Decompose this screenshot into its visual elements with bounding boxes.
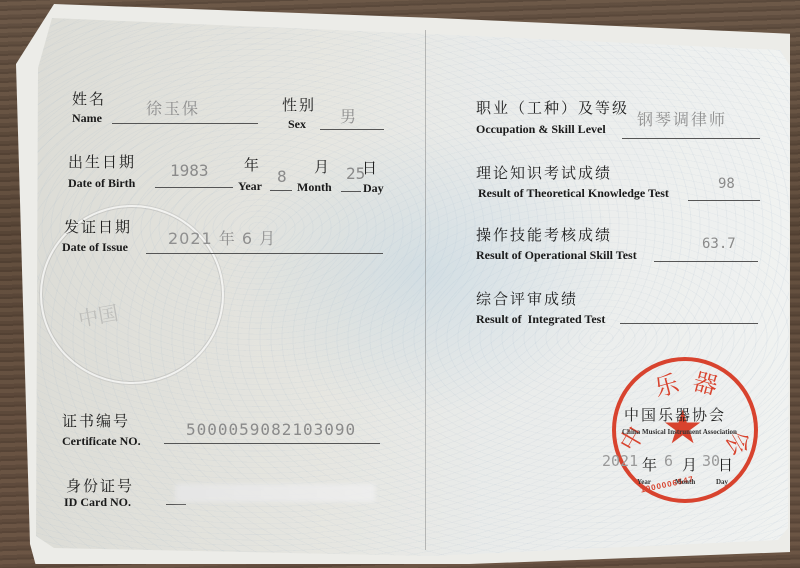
sign-month-en: Month — [675, 478, 695, 486]
sign-month-cn: 月 — [682, 454, 699, 475]
seal-org-cn: 中国乐器协会 — [624, 404, 726, 425]
occupation-value: 钢琴调律师 — [637, 107, 727, 130]
id-card-label-cn: 身份证号 — [66, 475, 134, 496]
sign-day-en: Day — [716, 478, 728, 486]
operation-value: 63.7 — [702, 236, 736, 252]
birth-month-value: 8 — [277, 167, 287, 186]
sex-line — [320, 129, 384, 130]
issue-value: 2021 年 6 月 — [168, 226, 276, 249]
issue-label-cn: 发证日期 — [64, 216, 132, 237]
birth-year-value: 1983 — [170, 161, 209, 180]
birth-day-line — [341, 191, 361, 192]
sign-month-value: 6 — [664, 452, 673, 470]
theory-label-en: Result of Theoretical Knowledge Test — [478, 186, 669, 201]
birth-year-cn: 年 — [244, 154, 261, 175]
issue-label-en: Date of Issue — [62, 240, 128, 255]
certificate-value: 5000059082103090 — [186, 420, 356, 439]
birth-month-cn: 月 — [314, 156, 331, 177]
sign-year-value: 2021 — [602, 452, 638, 470]
birth-day-cn: 日 — [362, 157, 379, 178]
name-line — [112, 123, 258, 124]
issue-line — [146, 253, 383, 254]
theory-value: 98 — [718, 176, 735, 192]
operation-label-en: Result of Operational Skill Test — [476, 248, 637, 263]
integrated-line — [620, 323, 758, 324]
operation-label-cn: 操作技能考核成绩 — [476, 224, 612, 245]
id-card-line — [166, 504, 186, 505]
occupation-line — [622, 138, 760, 139]
name-value: 徐玉保 — [146, 96, 200, 119]
birth-day-en: Day — [363, 181, 384, 196]
theory-label-cn: 理论知识考试成绩 — [476, 162, 612, 183]
birth-year-en: Year — [238, 179, 262, 194]
name-label-en: Name — [72, 111, 102, 126]
sign-year-en: Year — [637, 478, 651, 486]
integrated-label-en: Result of Integrated Test — [476, 312, 605, 327]
seal-org-en: China Musical Instrument Association — [622, 428, 737, 436]
sex-label-cn: 性别 — [282, 94, 316, 115]
certificate-label-cn: 证书编号 — [62, 410, 130, 431]
sign-year-cn: 年 — [642, 454, 659, 475]
id-card-label-en: ID Card NO. — [64, 495, 131, 510]
integrated-label-cn: 综合评审成绩 — [476, 288, 578, 309]
sex-value: 男 — [340, 104, 358, 127]
birth-month-line — [270, 190, 292, 191]
sign-day-cn: 日 — [718, 454, 735, 475]
theory-line — [688, 200, 760, 201]
birth-label-en: Date of Birth — [68, 176, 135, 191]
occupation-label-cn: 职业（工种）及等级 — [476, 97, 629, 118]
certificate-label-en: Certificate NO. — [62, 434, 141, 449]
birth-label-cn: 出生日期 — [68, 151, 136, 172]
id-card-redacted-value — [175, 484, 375, 502]
birth-month-en: Month — [297, 180, 332, 195]
name-label-cn: 姓名 — [72, 88, 106, 109]
sex-label-en: Sex — [288, 117, 306, 132]
operation-line — [654, 261, 758, 262]
birth-year-line — [155, 187, 233, 188]
occupation-label-en: Occupation & Skill Level — [476, 122, 606, 137]
page-fold — [425, 30, 426, 550]
certificate-line — [164, 443, 380, 444]
